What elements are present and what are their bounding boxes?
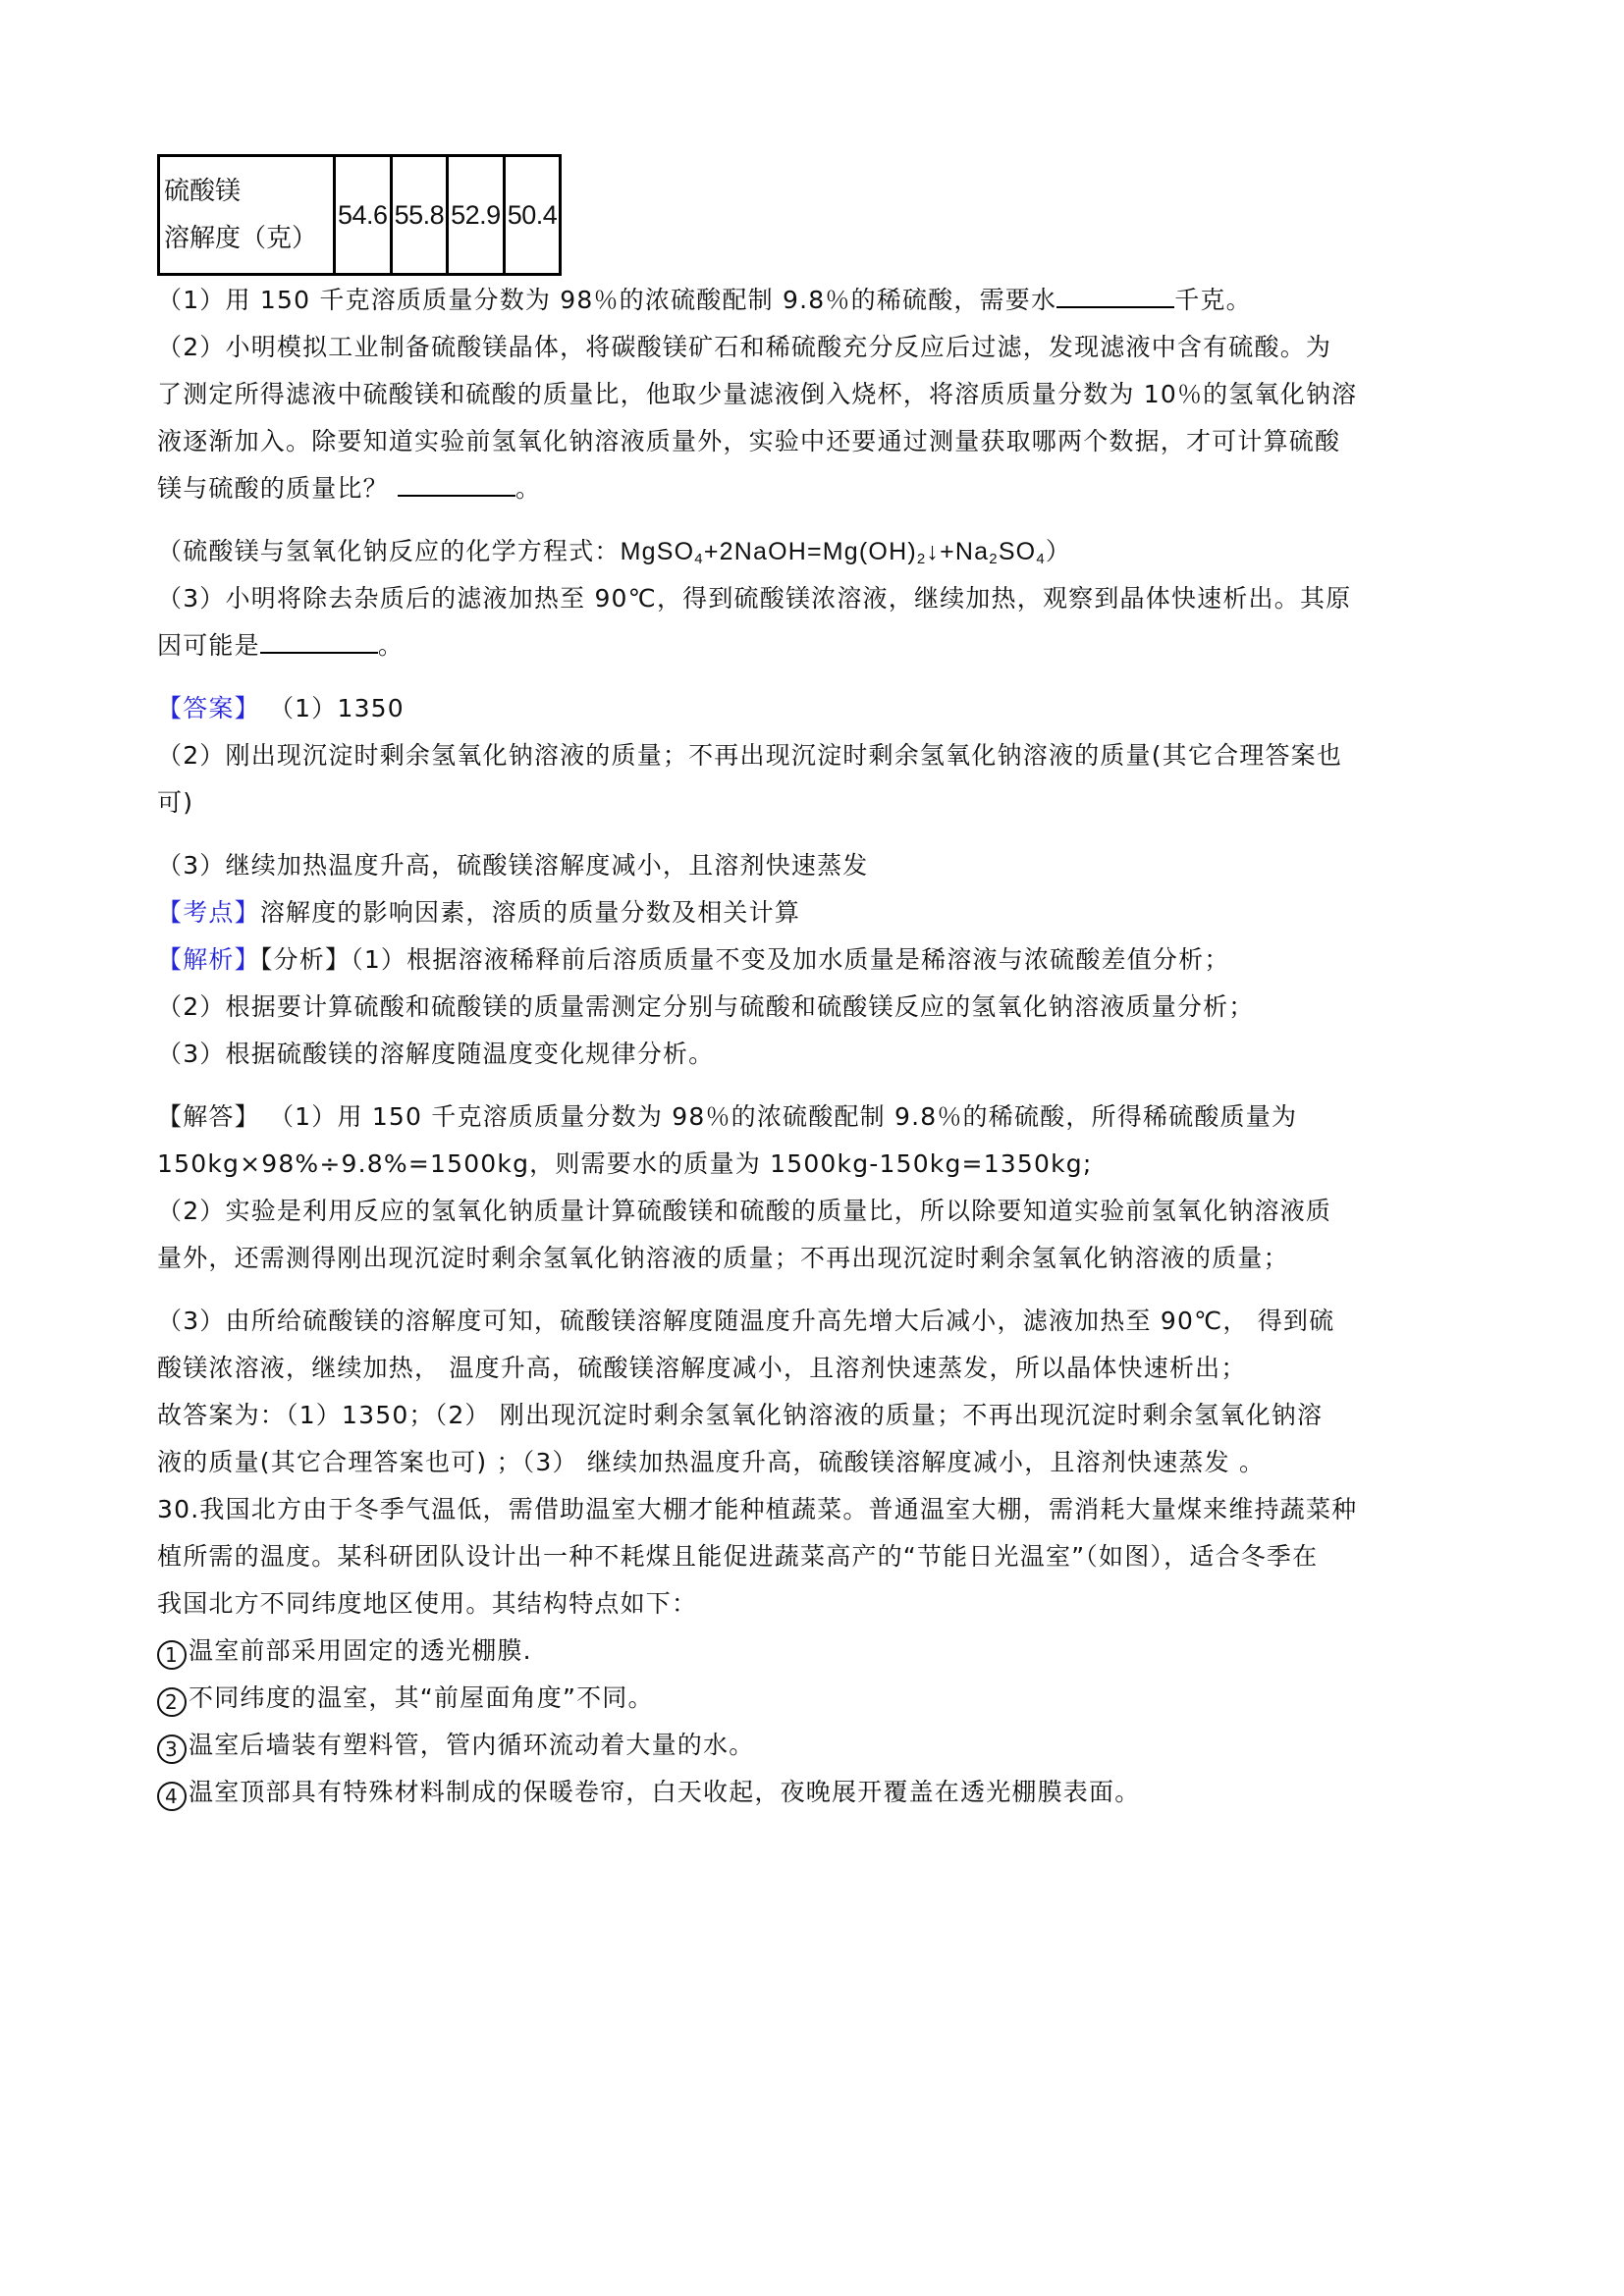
- jieda-line1: 【解答】 （1）用 150 千克溶质质量分数为 98％的浓硫酸配制 9.8％的稀…: [157, 1100, 1297, 1134]
- question-30-line3: 我国北方不同纬度地区使用。其结构特点如下：: [157, 1587, 697, 1621]
- feature-item: 2不同纬度的温室，其“前屋面角度”不同。: [157, 1682, 654, 1717]
- final-answer-line2: 液的质量(其它合理答案也可) ；（3） 继续加热温度升高，硫酸镁溶解度减小，且溶…: [157, 1446, 1265, 1479]
- fenxi-3: （3）根据硫酸镁的溶解度随温度变化规律分析。: [157, 1038, 714, 1071]
- jieda-3-line1: （3）由所给硫酸镁的溶解度可知，硫酸镁溶解度随温度升高先增大后减小，滤液加热至 …: [157, 1305, 1334, 1338]
- chemical-equation-line: （硫酸镁与氢氧化钠反应的化学方程式：MgSO4+2NaOH=Mg(OH)2↓+N…: [157, 535, 1071, 576]
- feature-text: 温室顶部具有特殊材料制成的保暖卷帘，白天收起，夜晚展开覆盖在透光棚膜表面。: [189, 1778, 1140, 1806]
- fenxi-2: （2）根据要计算硫酸和硫酸镁的质量需测定分别与硫酸和硫酸镁反应的氢氧化钠溶液质量…: [157, 990, 1255, 1024]
- question-2-line4-text: 镁与硫酸的质量比？: [157, 474, 389, 503]
- table-row: 硫酸镁 溶解度（克） 54.6 55.8 52.9 50.4: [159, 156, 561, 275]
- jiexi-tag: 【解析】: [157, 945, 260, 974]
- answer-2-line1: （2）刚出现沉淀时剩余氢氧化钠溶液的质量；不再出现沉淀时剩余氢氧化钠溶液的质量(…: [157, 739, 1342, 773]
- jieda-2-line2: 量外，还需测得刚出现沉淀时剩余氢氧化钠溶液的质量；不再出现沉淀时剩余氢氧化钠溶液…: [157, 1242, 1289, 1275]
- circled-number-icon: 4: [157, 1782, 187, 1811]
- question-30-line1: 30.我国北方由于冬季气温低，需借助温室大棚才能种植蔬菜。普通温室大棚，需消耗大…: [157, 1493, 1357, 1526]
- kaodian-tag: 【考点】: [157, 898, 260, 927]
- fenxi-1: （1）根据溶液稀释前后溶质质量不变及加水质量是稀溶液与浓硫酸差值分析；: [351, 945, 1229, 974]
- feature-item: 3温室后墙装有塑料管，管内循环流动着大量的水。: [157, 1729, 754, 1764]
- answer-1: （1）1350: [269, 694, 405, 722]
- table-value-cell: 50.4: [504, 156, 561, 275]
- table-label-cell: 硫酸镁 溶解度（克）: [159, 156, 335, 275]
- jieda-1-line2: 150kg×98%÷9.8%=1500kg，则需要水的质量为 1500kg-15…: [157, 1148, 1093, 1181]
- jiexi-line1: 【解析】【分析】（1）根据溶液稀释前后溶质质量不变及加水质量是稀溶液与浓硫酸差值…: [157, 943, 1230, 977]
- jieda-1-text: （1）用 150 千克溶质质量分数为 98％的浓硫酸配制 9.8％的稀硫酸，所得…: [269, 1102, 1297, 1131]
- answer-2-line2: 可): [157, 786, 193, 820]
- feature-item: 1温室前部采用固定的透光棚膜.: [157, 1634, 532, 1670]
- answer-3: （3）继续加热温度升高，硫酸镁溶解度减小，且溶剂快速蒸发: [157, 849, 869, 882]
- kaodian-line: 【考点】溶解度的影响因素，溶质的质量分数及相关计算: [157, 896, 800, 930]
- question-3-line2-text: 因可能是: [157, 631, 260, 660]
- jieda-3-line2: 酸镁浓溶液，继续加热， 温度升高，硫酸镁溶解度减小，且溶剂快速蒸发，所以晶体快速…: [157, 1352, 1247, 1385]
- answer-line1: 【答案】 （1）1350: [157, 692, 405, 725]
- table-value-cell: 55.8: [391, 156, 448, 275]
- feature-text: 不同纬度的温室，其“前屋面角度”不同。: [189, 1683, 654, 1712]
- table-label-line1: 硫酸镁: [164, 168, 331, 215]
- equation-prefix: （硫酸镁与氢氧化钠反应的化学方程式：: [157, 537, 621, 565]
- question-2-line2: 了测定所得滤液中硫酸镁和硫酸的质量比，他取少量滤液倒入烧杯，将溶质质量分数为 1…: [157, 378, 1357, 411]
- equation-suffix: ）: [1046, 537, 1071, 565]
- feature-text: 温室前部采用固定的透光棚膜.: [189, 1636, 532, 1665]
- question-1-text: （1）用 150 千克溶质质量分数为 98％的浓硫酸配制 9.8％的稀硫酸，需要…: [157, 286, 1056, 314]
- table-value-cell: 54.6: [335, 156, 392, 275]
- question-3-line2-suffix: 。: [378, 631, 404, 660]
- answer-blank: [1056, 285, 1174, 308]
- answer-blank: [398, 473, 515, 497]
- jieda-2-line1: （2）实验是利用反应的氢氧化钠质量计算硫酸镁和硫酸的质量比，所以除要知道实验前氢…: [157, 1195, 1331, 1228]
- question-2-line4: 镁与硫酸的质量比？ 。: [157, 472, 541, 506]
- question-1-suffix: 千克。: [1174, 286, 1252, 314]
- solubility-table: 硫酸镁 溶解度（克） 54.6 55.8 52.9 50.4: [157, 154, 562, 276]
- circled-number-icon: 2: [157, 1687, 187, 1717]
- chemical-equation: MgSO4+2NaOH=Mg(OH)2↓+Na2SO4: [621, 538, 1046, 565]
- answer-blank: [260, 630, 378, 654]
- final-answer-line1: 故答案为：（1）1350；（2） 刚出现沉淀时剩余氢氧化钠溶液的质量；不再出现沉…: [157, 1399, 1323, 1432]
- answer-tag: 【答案】: [157, 694, 260, 722]
- circled-number-icon: 3: [157, 1735, 187, 1764]
- circled-number-icon: 1: [157, 1640, 187, 1670]
- table-label-line2: 溶解度（克）: [164, 215, 331, 262]
- question-3-line1: （3）小明将除去杂质后的滤液加热至 90℃，得到硫酸镁浓溶液，继续加热，观察到晶…: [157, 582, 1351, 615]
- jieda-tag: 【解答】: [157, 1102, 260, 1131]
- table-value-cell: 52.9: [448, 156, 505, 275]
- question-1: （1）用 150 千克溶质质量分数为 98％的浓硫酸配制 9.8％的稀硫酸，需要…: [157, 284, 1252, 317]
- question-2-line1: （2）小明模拟工业制备硫酸镁晶体，将碳酸镁矿石和稀硫酸充分反应后过滤，发现滤液中…: [157, 331, 1331, 364]
- question-3-line2: 因可能是。: [157, 629, 404, 663]
- feature-text: 温室后墙装有塑料管，管内循环流动着大量的水。: [189, 1731, 754, 1759]
- question-2-line3: 液逐渐加入。除要知道实验前氢氧化钠溶液质量外，实验中还要通过测量获取哪两个数据，…: [157, 425, 1340, 458]
- feature-item: 4温室顶部具有特殊材料制成的保暖卷帘，白天收起，夜晚展开覆盖在透光棚膜表面。: [157, 1776, 1140, 1811]
- kaodian-text: 溶解度的影响因素，溶质的质量分数及相关计算: [260, 898, 800, 927]
- document-page: 硫酸镁 溶解度（克） 54.6 55.8 52.9 50.4 （1）用 150 …: [157, 154, 1483, 276]
- fenxi-tag: 【分析】: [260, 945, 351, 974]
- question-2-line4-suffix: 。: [515, 474, 541, 503]
- question-30-line2: 植所需的温度。某科研团队设计出一种不耗煤且能促进蔬菜高产的“节能日光温室”（如图…: [157, 1540, 1318, 1574]
